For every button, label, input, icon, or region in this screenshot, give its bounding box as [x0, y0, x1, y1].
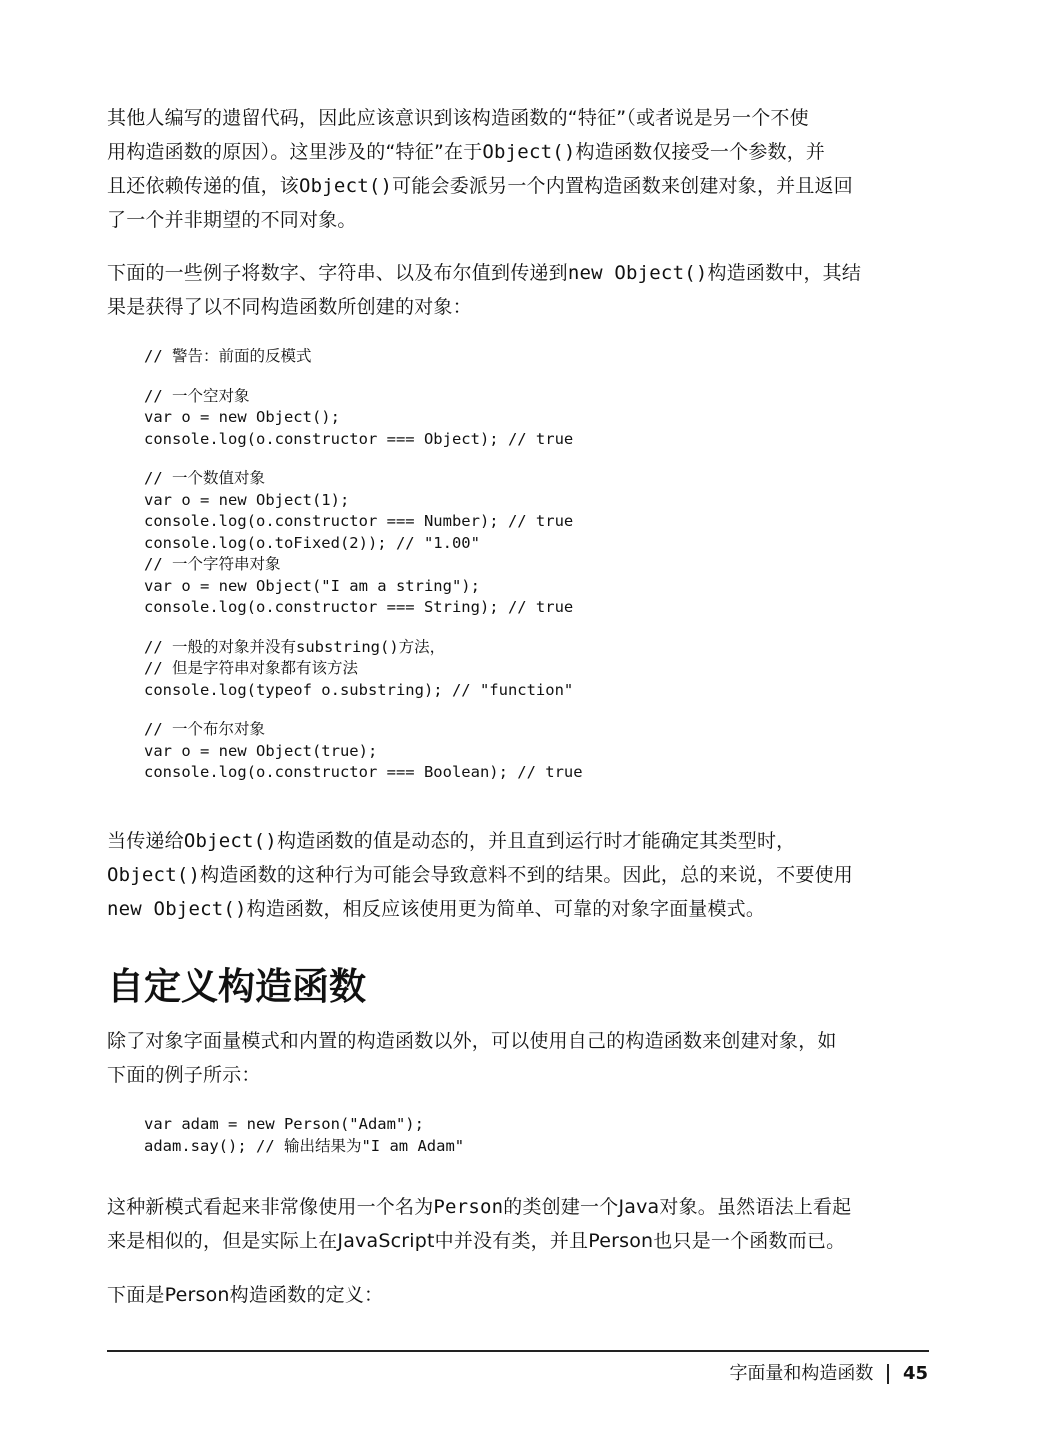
code-line: // 一个字符串对象 [107, 554, 929, 576]
code-line: var o = new Object(); [107, 407, 929, 429]
code-line: // 一个布尔对象 [107, 719, 929, 741]
section-heading: 自定义构造函数 [107, 962, 366, 1012]
code-line: console.log(o.constructor === Number); /… [107, 511, 929, 533]
inline-code: Object() [299, 175, 392, 197]
paragraph-legacy-code: 其他人编写的遗留代码，因此应该意识到该构造函数的“特征”（或者说是另一个不使 用… [107, 101, 929, 237]
paragraph-dynamic-values: 当传递给Object()构造函数的值是动态的，并且直到运行时才能确定其类型时， … [107, 824, 929, 926]
text: 了一个并非期望的不同对象。 [107, 209, 357, 231]
code-line: // 但是字符串对象都有该方法 [107, 658, 929, 680]
inline-code: Object() [184, 830, 277, 852]
code-line: // 一般的对象并没有substring()方法， [107, 637, 929, 659]
text: 果是获得了以不同构造函数所创建的对象： [107, 290, 929, 324]
text: 可能会委派另一个内置构造函数来创建对象，并且返回 [392, 175, 853, 197]
code-line: adam.say(); // 输出结果为"I am Adam" [107, 1136, 929, 1158]
code-block-person: var adam = new Person("Adam"); adam.say(… [107, 1114, 929, 1157]
chapter-title: 字面量和构造函数 [729, 1362, 873, 1386]
code-block-object-constructor: // 警告：前面的反模式 // 一个空对象 var o = new Object… [107, 346, 929, 784]
inline-code: Person [433, 1196, 503, 1218]
text: 这种新模式看起来非常像使用一个名为 [107, 1196, 433, 1218]
code-line: var o = new Object("I am a string"); [107, 576, 929, 598]
code-line: // 一个数值对象 [107, 468, 929, 490]
code-line: console.log(o.constructor === Object); /… [107, 429, 929, 451]
text: 下面的一些例子将数字、字符串、以及布尔值到传递到 [107, 262, 568, 284]
code-line: var o = new Object(1); [107, 490, 929, 512]
text: 来是相似的，但是实际上在JavaScript中并没有类，并且Person也只是一… [107, 1224, 929, 1258]
text: 当传递给 [107, 830, 184, 852]
text: 构造函数中，其结 [707, 262, 861, 284]
page-number: 45 [903, 1362, 928, 1386]
code-line: var o = new Object(true); [107, 741, 929, 763]
text: 除了对象字面量模式和内置的构造函数以外，可以使用自己的构造函数来创建对象，如 [107, 1024, 929, 1058]
inline-code: Object() [107, 864, 200, 886]
paragraph-custom-constructors: 除了对象字面量模式和内置的构造函数以外，可以使用自己的构造函数来创建对象，如 下… [107, 1024, 929, 1092]
text: 构造函数的值是动态的，并且直到运行时才能确定其类型时， [277, 830, 795, 852]
text: 构造函数，相反应该使用更为简单、可靠的对象字面量模式。 [247, 898, 765, 920]
footer-separator [887, 1364, 889, 1384]
text: 其他人编写的遗留代码，因此应该意识到该构造函数的“特征”（或者说是另一个不使 [107, 107, 809, 129]
code-line: console.log(o.constructor === Boolean); … [107, 762, 929, 784]
paragraph-person-definition: 下面是Person构造函数的定义： [107, 1278, 383, 1312]
paragraph-java-comparison: 这种新模式看起来非常像使用一个名为Person的类创建一个Java对象。虽然语法… [107, 1190, 929, 1258]
text: 用构造函数的原因）。这里涉及的“特征”在于 [107, 141, 482, 163]
footer-divider [107, 1350, 929, 1352]
code-line: console.log(typeof o.substring); // "fun… [107, 680, 929, 702]
page-footer: 字面量和构造函数 45 [729, 1362, 928, 1386]
text: 下面的例子所示： [107, 1058, 929, 1092]
code-line: var adam = new Person("Adam"); [107, 1114, 929, 1136]
inline-code: new Object() [107, 898, 247, 920]
text: 构造函数仅接受一个参数，并 [576, 141, 826, 163]
text: 构造函数的这种行为可能会导致意料不到的结果。因此，总的来说，不要使用 [200, 864, 853, 886]
code-line: // 一个空对象 [107, 386, 929, 408]
paragraph-examples-intro: 下面的一些例子将数字、字符串、以及布尔值到传递到new Object()构造函数… [107, 256, 929, 324]
code-line: console.log(o.toFixed(2)); // "1.00" [107, 533, 929, 555]
code-line: // 警告：前面的反模式 [107, 346, 929, 368]
text: 且还依赖传递的值，该 [107, 175, 299, 197]
code-line: console.log(o.constructor === String); /… [107, 597, 929, 619]
inline-code: Object() [482, 141, 575, 163]
inline-code: new Object() [568, 262, 708, 284]
text: 的类创建一个Java对象。虽然语法上看起 [503, 1196, 851, 1218]
